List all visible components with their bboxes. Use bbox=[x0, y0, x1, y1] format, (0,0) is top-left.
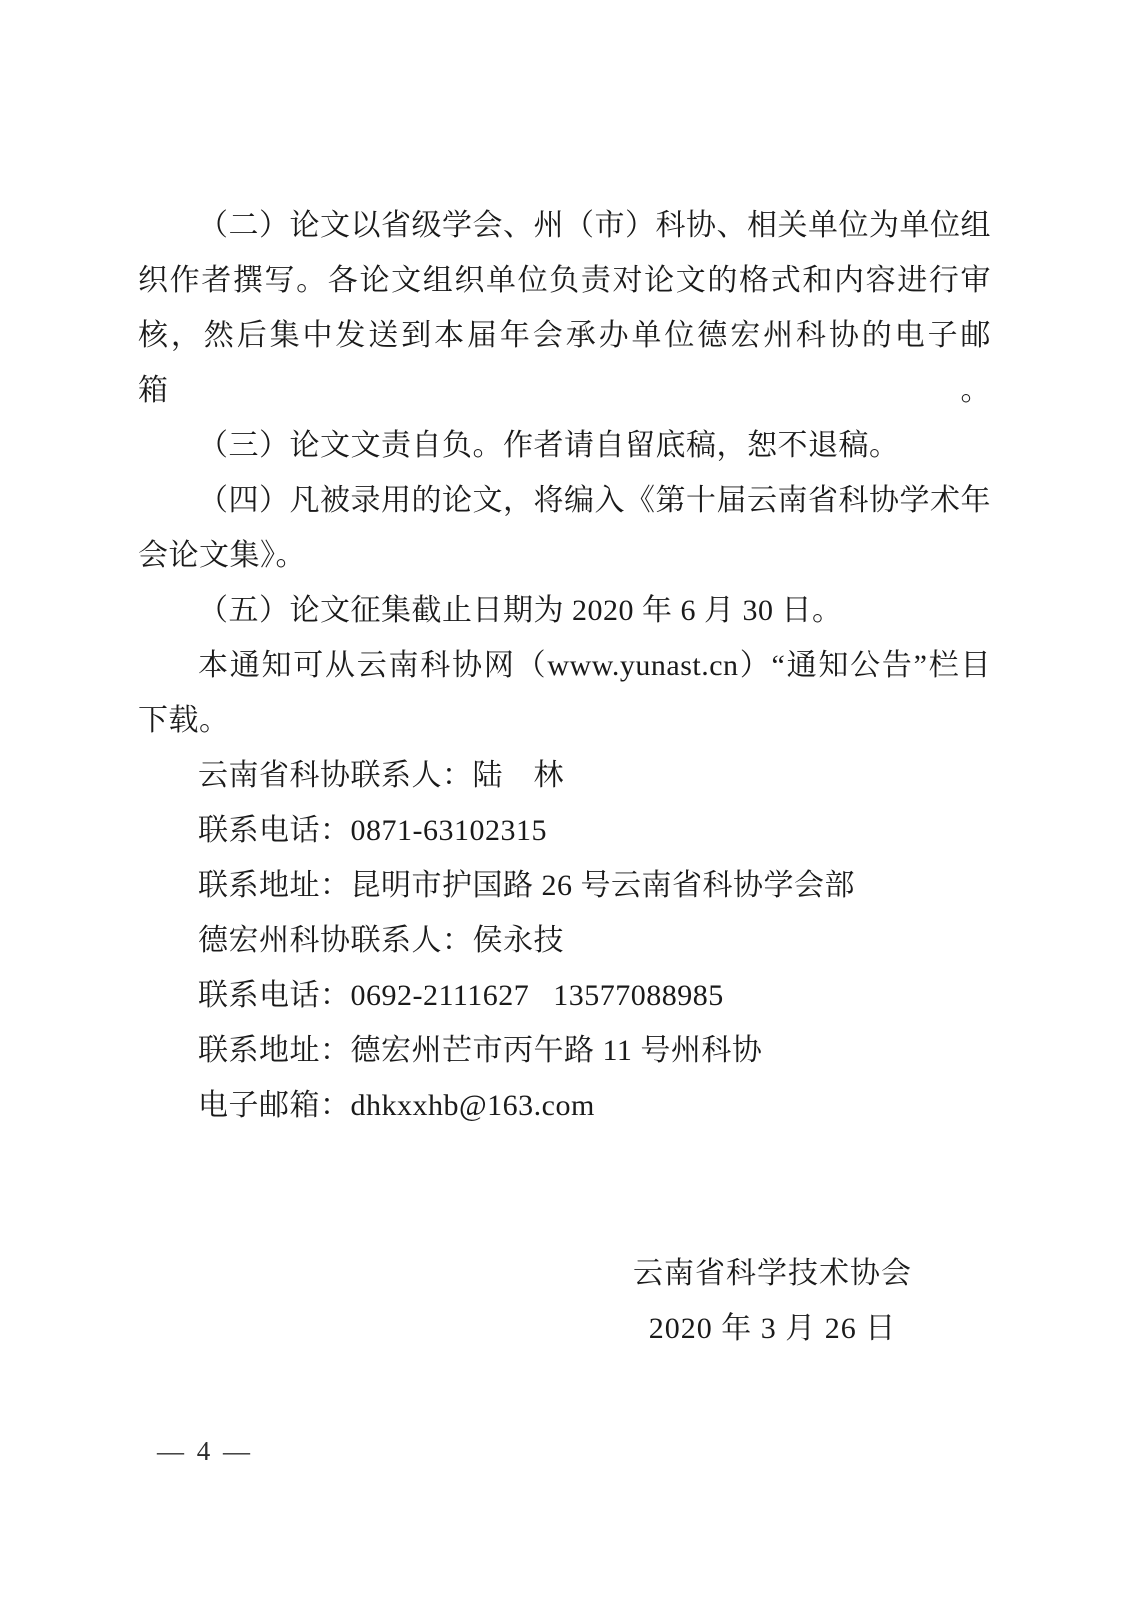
signature-organization: 云南省科学技术协会 bbox=[555, 1246, 990, 1301]
body-line: 联系电话：0871-63102315 bbox=[138, 803, 991, 858]
body-line: 德宏州科协联系人：侯永技 bbox=[138, 913, 991, 968]
body-line: 下载。 bbox=[138, 693, 991, 748]
body-line: 本通知可从云南科协网（www.yunast.cn）“通知公告”栏目 bbox=[138, 638, 991, 693]
body-line: （二）论文以省级学会、州（市）科协、相关单位为单位组 bbox=[138, 198, 991, 253]
body-line: 核，然后集中发送到本届年会承办单位德宏州科协的电子邮箱。 bbox=[138, 308, 991, 418]
body-line: 联系电话：0692-2111627 13577088985 bbox=[138, 968, 991, 1023]
body-line: （三）论文文责自负。作者请自留底稿，恕不退稿。 bbox=[138, 418, 991, 473]
body-line: 电子邮箱：dhkxxhb@163.com bbox=[138, 1078, 991, 1133]
body-line: 织作者撰写。各论文组织单位负责对论文的格式和内容进行审 bbox=[138, 253, 991, 308]
page-number: — 4 — bbox=[157, 1434, 253, 1468]
signature-date: 2020 年 3 月 26 日 bbox=[555, 1301, 990, 1356]
notice-page: （二）论文以省级学会、州（市）科协、相关单位为单位组织作者撰写。各论文组织单位负… bbox=[0, 0, 1131, 1600]
body-line: （四）凡被录用的论文，将编入《第十届云南省科协学术年 bbox=[138, 473, 991, 528]
body-line: 联系地址：德宏州芒市丙午路 11 号州科协 bbox=[138, 1023, 991, 1078]
body-line: 云南省科协联系人：陆 林 bbox=[138, 748, 991, 803]
body-line: （五）论文征集截止日期为 2020 年 6 月 30 日。 bbox=[138, 583, 991, 638]
body-line: 会论文集》。 bbox=[138, 528, 991, 583]
document-body: （二）论文以省级学会、州（市）科协、相关单位为单位组织作者撰写。各论文组织单位负… bbox=[138, 198, 991, 1133]
signature-block: 云南省科学技术协会 2020 年 3 月 26 日 bbox=[555, 1246, 990, 1356]
body-line: 联系地址：昆明市护国路 26 号云南省科协学会部 bbox=[138, 858, 991, 913]
